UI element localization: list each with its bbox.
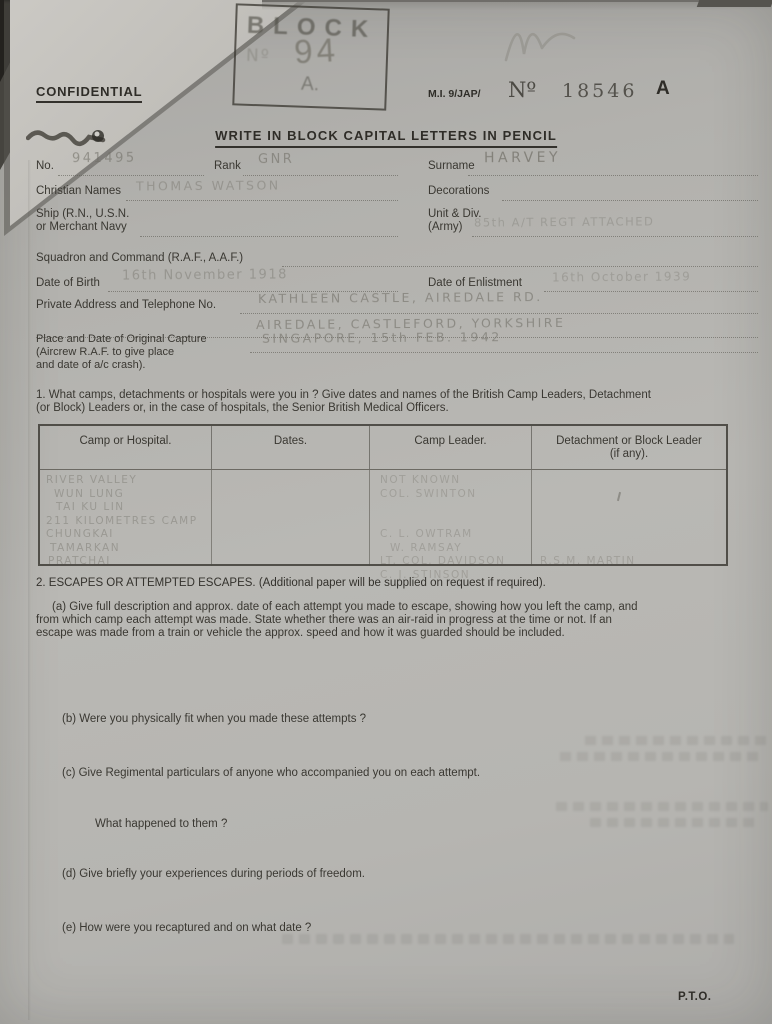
tear-mark [26,122,122,150]
field-capture-value: SINGAPORE, 15th FEB. 1942 [262,329,502,346]
top-right-notch [697,0,772,7]
camps-table-divider-2 [369,470,370,566]
torn-top-line [262,0,772,2]
block-leader-cell [540,542,636,556]
camps-table-header-row: Camp or Hospital. Dates. Camp Leader. De… [40,426,726,470]
camp-cell: 211 KILOMETRES CAMP [46,515,198,529]
field-unit-label-line2: (Army) [428,221,463,233]
camps-table-divider-1 [211,470,212,566]
field-doe-label: Date of Enlistment [428,277,522,289]
field-capture-line [250,352,758,353]
classification-text: CONFIDENTIAL [36,84,142,99]
field-capture-label-line2: (Aircrew R.A.F. to give place [36,346,174,358]
block-leader-cell [540,474,636,488]
field-dob-label: Date of Birth [36,277,100,289]
left-crease [28,160,31,1020]
page-turn-note: P.T.O. [678,991,711,1003]
field-address-line1 [240,313,758,314]
ref-suffix: A [656,78,670,100]
field-address-label: Private Address and Telephone No. [36,299,216,311]
question2d: (d) Give briefly your experiences during… [62,868,365,880]
bleed-through-artifact [590,818,760,827]
camps-table: Camp or Hospital. Dates. Camp Leader. De… [38,424,728,566]
question1-line1: 1. What camps, detachments or hospitals … [36,389,651,401]
field-address-value1: KATHLEEN CASTLE, AIREDALE RD. [258,289,543,306]
field-no-line [58,175,204,176]
camps-table-col-camps: RIVER VALLEY WUN LUNG TAI KU LIN 211 KIL… [46,474,198,582]
camp-cell: PRATCHAI [48,555,198,569]
question2a-line3: escape was made from a train or vehicle … [36,627,565,639]
camps-table-col-leaders: NOT KNOWN COL. SWINTON C. L. OWTRAM W. R… [380,474,505,582]
field-doe-line [544,291,758,292]
question2-heading: 2. ESCAPES OR ATTEMPTED ESCAPES. (Additi… [36,577,546,589]
field-squadron-line [282,266,758,267]
question1-line2: (or Block) Leaders or, in the case of ho… [36,402,449,414]
scanner-corner-dark [0,0,46,86]
field-surname-label: Surname [428,160,475,172]
field-surname-line [468,175,758,176]
field-dob-value: 16th November 1918 [122,267,288,283]
camp-cell: WUN LUNG [54,488,198,502]
block-leader-cell [540,488,636,502]
field-no-label: No. [36,160,54,172]
leader-cell: C. L. OWTRAM [380,528,505,542]
block-stamp-no-label: Nº [246,46,271,67]
block-stamp-letter: A. [235,71,386,98]
leader-cell: W. RAMSAY [390,542,505,556]
field-doe-value: 16th October 1939 [552,270,691,285]
block-leader-cell [540,515,636,529]
field-capture-label-line3: and date of a/c crash). [36,359,145,371]
camps-table-header-block-leader: Detachment or Block Leader (if any). [532,426,726,469]
instruction-heading: WRITE IN BLOCK CAPITAL LETTERS IN PENCIL [215,128,557,148]
ref-serial: 18546 [562,80,637,102]
question2b: (b) Were you physically fit when you mad… [62,713,366,725]
block-leader-cell [540,501,636,515]
camp-cell: TAI KU LIN [56,501,198,515]
field-christian-names-line [126,200,398,201]
field-no-value: 941495 [72,151,137,166]
block-leader-cell [540,569,636,583]
field-decorations-line [502,200,758,201]
ref-no-symbol: Nº [508,78,536,102]
field-ship-line [140,236,398,237]
leader-cell: COL. SWINTON [380,488,505,502]
ref-prefix: M.I. 9/JAP/ [428,88,481,100]
bleed-through-artifact [556,802,768,811]
field-surname-value: HARVEY [484,150,561,167]
camp-cell: CHUNGKAI [46,528,198,542]
question2c: (c) Give Regimental particulars of anyon… [62,767,480,779]
field-rank-value: GNR [258,152,294,167]
field-ship-label-line2: or Merchant Navy [36,221,127,233]
field-decorations-label: Decorations [428,185,489,197]
pencil-scribble [498,18,588,66]
instruction-text: WRITE IN BLOCK CAPITAL LETTERS IN PENCIL [215,128,557,143]
field-unit-value: 85th A/T REGT ATTACHED [474,214,654,229]
bleed-through-artifact [585,736,767,745]
block-leader-cell [540,528,636,542]
camps-table-header-dates: Dates. [212,426,370,469]
question2a-line1: (a) Give full description and approx. da… [52,601,638,613]
camps-table-col-block-leaders: R.S.M. MARTIN [540,474,636,582]
camps-table-header-camp: Camp or Hospital. [40,426,212,469]
scanned-form-page: CONFIDENTIAL BLOCK Nº 94 A. M.I. 9/JAP/ … [0,0,772,1024]
bleed-through-artifact [560,752,760,761]
question2a-line2: from which camp each attempt was made. S… [36,614,612,626]
field-rank-label: Rank [214,160,241,172]
question2c-followup: What happened to them ? [95,818,227,830]
field-ship-label-line1: Ship (R.N., U.S.N. [36,208,129,220]
leader-cell: NOT KNOWN [380,474,505,488]
field-capture-label-line1: Place and Date of Original Capture [36,333,207,345]
field-christian-names-value: THOMAS WATSON [136,177,281,193]
leader-cell: LT. COL. DAVIDSON [380,555,505,569]
classification-banner: CONFIDENTIAL [36,84,142,103]
block-stamp: BLOCK Nº 94 A. [232,3,389,110]
leader-cell [380,515,505,529]
camp-cell: TAMARKAN [50,542,198,556]
camp-cell: RIVER VALLEY [46,474,198,488]
camps-table-header-leader: Camp Leader. [370,426,532,469]
block-stamp-number: 94 [293,31,340,71]
block-leader-cell: R.S.M. MARTIN [540,555,636,569]
bleed-through-artifact [282,934,734,944]
field-unit-line [472,236,758,237]
camps-table-divider-3 [531,470,532,566]
field-rank-line [243,175,398,176]
field-squadron-label: Squadron and Command (R.A.F., A.A.F.) [36,252,243,264]
leader-cell [380,501,505,515]
field-christian-names-label: Christian Names [36,185,121,197]
question2e: (e) How were you recaptured and on what … [62,922,311,934]
